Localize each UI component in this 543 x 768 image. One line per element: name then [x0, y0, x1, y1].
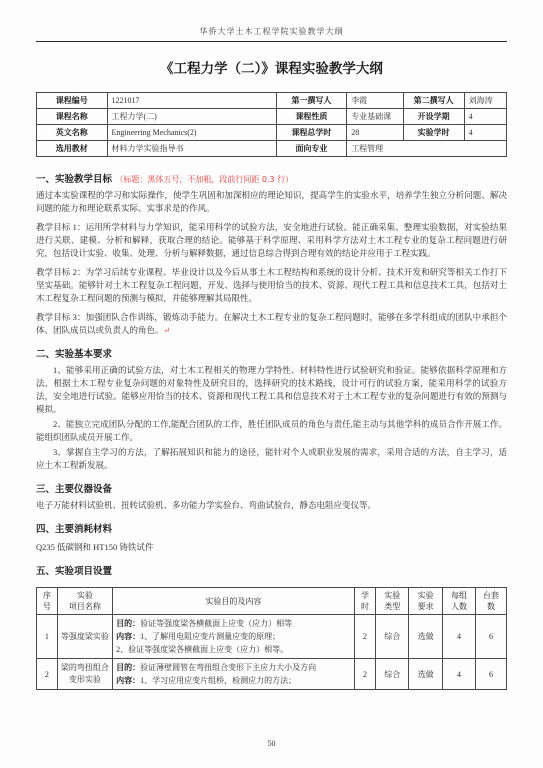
english-name-label: 英文名称	[37, 125, 108, 141]
exp2-type: 综合	[376, 659, 409, 690]
first-author-value: 李霞	[347, 93, 403, 109]
col-header-hours: 学 时	[354, 588, 376, 615]
content-label: 内容：	[116, 632, 140, 641]
semester-value: 4	[464, 109, 506, 125]
exp1-purpose-line: 目的：验证等强度梁各横截面上应变（应力）相等	[116, 617, 351, 630]
requirement-3: 3、掌握自主学习的方法，了解拓展知识和能力的途径，能针对个人或职业发展的需求，采…	[36, 446, 507, 472]
exp2-purpose: 验证薄壁圆管在弯扭组合变形下主应力大小及方向	[140, 663, 316, 672]
page-number: 50	[0, 739, 543, 748]
page-content: 华侨大学土木工程学院实验教学大纲 《工程力学（二）》课程实验教学大纲 课程编号 …	[0, 0, 543, 690]
section3-heading: 三、主要仪器设备	[36, 481, 507, 495]
exp1-group-size: 4	[443, 615, 476, 659]
second-author-value: 刘海涛	[464, 93, 506, 109]
experiment-table: 序 号 实验 项目名称 实验目的及内容 学 时 实验 类型 实验 要求 每组 人…	[36, 587, 507, 690]
experiment-row-1: 1 等强度梁实验 目的：验证等强度梁各横截面上应变（应力）相等 内容：1、了解用…	[37, 615, 507, 659]
exp2-name: 梁的弯扭组合变形实验	[57, 659, 112, 690]
table-row: 课程编号 1221017 第一撰写人 李霞 第二撰写人 刘海涛	[37, 93, 507, 109]
exp2-hours: 2	[354, 659, 376, 690]
exp2-content1: 1、学习应用应变片组桥，检测应力的方法；	[140, 676, 296, 685]
course-nature-label: 课程性质	[276, 109, 347, 125]
table-row: 选用教材 材料力学实验指导书 面向专业 工程管理	[37, 141, 507, 157]
exp2-group-size: 4	[443, 659, 476, 690]
table-row: 课程名称 工程力学(二) 课程性质 专业基础课 开设学期 4	[37, 109, 507, 125]
course-id-value: 1221017	[107, 93, 276, 109]
teaching-goal-3: 教学目标 3：加强团队合作训练，锻炼动手能力。在解决土木工程专业的复杂工程问题时…	[36, 311, 507, 337]
semester-label: 开设学期	[403, 109, 464, 125]
exp2-content-line1: 内容：1、学习应用应变片组桥，检测应力的方法；	[116, 674, 351, 687]
section1-title: 一、实验教学目标	[36, 174, 112, 185]
english-name-value: Engineering Mechanics(2)	[107, 125, 276, 141]
exp1-sets: 6	[475, 615, 506, 659]
teaching-goal-3-text: 教学目标 3：加强团队合作训练，锻炼动手能力。在解决土木工程专业的复杂工程问题时…	[36, 312, 507, 335]
purpose-label: 目的：	[116, 619, 140, 628]
section1-paragraph: 通过本实验课程的学习和实际操作，使学生巩固和加深相应的理论知识，提高学生的实验水…	[36, 189, 507, 215]
consumables: Q235 低碳钢和 HT150 铸铁试件	[36, 541, 507, 554]
section4-heading: 四、主要消耗材料	[36, 521, 507, 535]
first-author-label: 第一撰写人	[276, 93, 347, 109]
equipment-list: 电子万能材料试验机、扭转试验机、多功能力学实验台、弯曲试验台，静态电阻应变仪等。	[36, 499, 507, 512]
section5-heading: 五、实验项目设置	[36, 563, 507, 577]
col-header-purpose: 实验目的及内容	[113, 588, 355, 615]
textbook-value: 材料力学实验指导书	[107, 141, 276, 157]
exp1-requirement: 选做	[409, 615, 443, 659]
course-info-table: 课程编号 1221017 第一撰写人 李霞 第二撰写人 刘海涛 课程名称 工程力…	[36, 92, 507, 157]
course-name-value: 工程力学(二)	[107, 109, 276, 125]
requirement-2: 2、能独立完成团队分配的工作,能配合团队的工作，胜任团队成员的角色与责任,能主动…	[36, 418, 507, 444]
total-hours-label: 课程总学时	[276, 125, 347, 141]
exp1-no: 1	[37, 615, 58, 659]
page-title: 《工程力学（二）》课程实验教学大纲	[36, 57, 507, 77]
exp2-sets: 6	[475, 659, 506, 690]
header-rule	[36, 41, 507, 42]
requirement-1: 1、能够采用正确的试验方法，对土木工程相关的物理力学特性、材料特性进行试验研究和…	[36, 364, 507, 416]
experiment-row-2: 2 梁的弯扭组合变形实验 目的：验证薄壁圆管在弯扭组合变形下主应力大小及方向 内…	[37, 659, 507, 690]
textbook-label: 选用教材	[37, 141, 108, 157]
exp1-content1: 1、了解用电阻应变片测量应变的原理；	[140, 632, 280, 641]
col-header-name: 实验 项目名称	[57, 588, 112, 615]
running-header: 华侨大学土木工程学院实验教学大纲	[36, 26, 507, 37]
course-id-label: 课程编号	[37, 93, 108, 109]
purpose-label: 目的：	[116, 663, 140, 672]
teaching-goal-2: 教学目标 2：为学习后续专业课程、毕业设计以及今后从事土木工程结构和系统的设计分…	[36, 266, 507, 305]
exp2-requirement: 选做	[409, 659, 443, 690]
course-nature-value: 专业基础课	[347, 109, 403, 125]
exp1-detail: 目的：验证等强度梁各横截面上应变（应力）相等 内容：1、了解用电阻应变片测量应变…	[113, 615, 355, 659]
exp1-hours: 2	[354, 615, 376, 659]
second-author-label: 第二撰写人	[403, 93, 464, 109]
col-header-type: 实验 类型	[376, 588, 409, 615]
exp2-no: 2	[37, 659, 58, 690]
content-label: 内容：	[116, 676, 140, 685]
section1-heading: 一、实验教学目标 （标题：黑体五号，不加粗，段前行间距 0.3 行）	[36, 171, 507, 185]
table-row: 英文名称 Engineering Mechanics(2) 课程总学时 28 实…	[37, 125, 507, 141]
document-page: 华侨大学土木工程学院实验教学大纲 《工程力学（二）》课程实验教学大纲 课程编号 …	[0, 0, 543, 768]
exp1-content-line1: 内容：1、了解用电阻应变片测量应变的原理；	[116, 630, 351, 643]
exp1-purpose: 验证等强度梁各横截面上应变（应力）相等	[140, 619, 292, 628]
exp2-detail: 目的：验证薄壁圆管在弯扭组合变形下主应力大小及方向 内容：1、学习应用应变片组桥…	[113, 659, 355, 690]
total-hours-value: 28	[347, 125, 403, 141]
format-note: （标题：黑体五号，不加粗，段前行间距 0.3 行）	[115, 175, 293, 184]
exp2-purpose-line: 目的：验证薄壁圆管在弯扭组合变形下主应力大小及方向	[116, 661, 351, 674]
col-header-no: 序 号	[37, 588, 58, 615]
major-label: 面向专业	[276, 141, 347, 157]
section2-heading: 二、实验基本要求	[36, 346, 507, 360]
paragraph-mark: ↵	[164, 326, 171, 335]
col-header-group-size: 每组 人数	[443, 588, 476, 615]
col-header-sets: 台套 数	[475, 588, 506, 615]
major-value: 工程管理	[347, 141, 507, 157]
lab-hours-label: 实验学时	[403, 125, 464, 141]
teaching-goal-1: 教学目标 1：运用所学材料与力学知识，能采用科学的试验方法，安全地进行试验。能正…	[36, 221, 507, 260]
lab-hours-value: 4	[464, 125, 506, 141]
course-name-label: 课程名称	[37, 109, 108, 125]
experiment-table-header-row: 序 号 实验 项目名称 实验目的及内容 学 时 实验 类型 实验 要求 每组 人…	[37, 588, 507, 615]
col-header-requirement: 实验 要求	[409, 588, 443, 615]
exp1-name: 等强度梁实验	[57, 615, 112, 659]
exp1-type: 综合	[376, 615, 409, 659]
exp1-content-line2: 2、验证等强度梁各横截面上应变（应力）相等。	[116, 643, 351, 656]
